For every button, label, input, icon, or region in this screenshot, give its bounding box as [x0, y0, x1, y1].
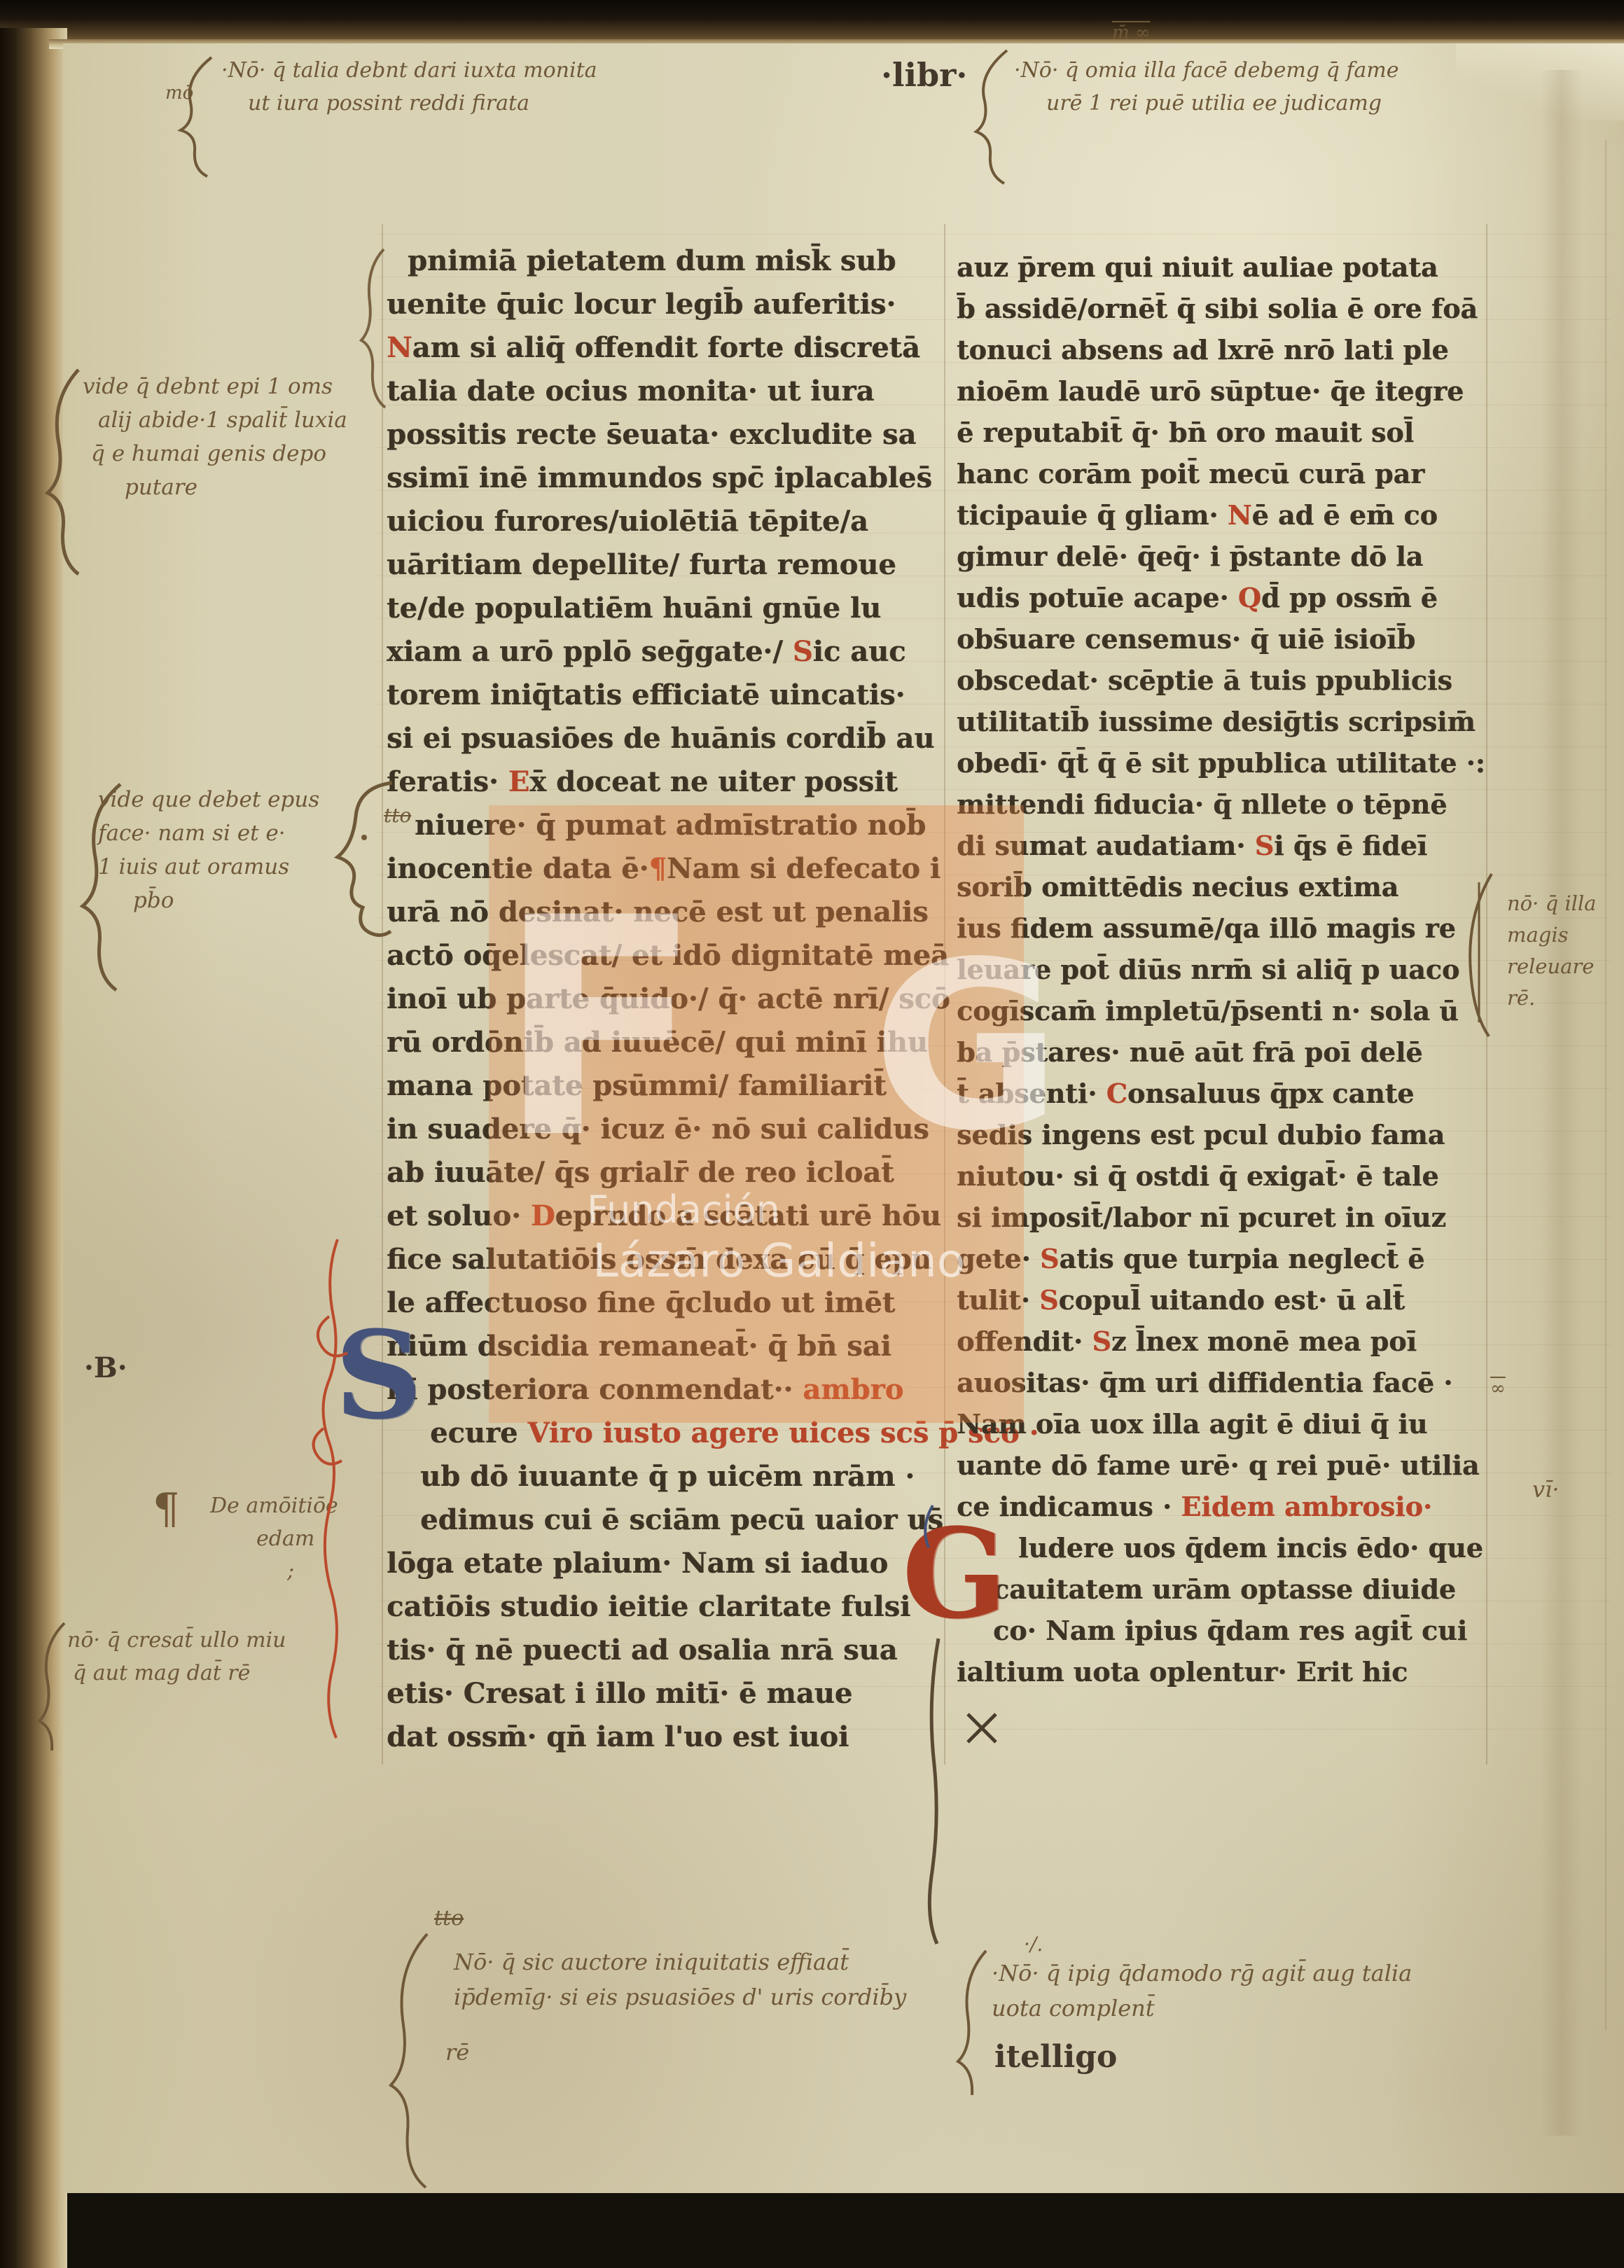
manuscript-line: di sumat audatiam· Si q̄s ē fideī [957, 825, 1489, 866]
ink-text: eprndo a scātati urē hōu [555, 1199, 941, 1232]
note-line: alij abide·1 spalit̄ luxia [83, 403, 347, 437]
ink-text: nī posteriora conmendat·· [387, 1373, 803, 1406]
manuscript-line: ē reputabit̄ q̄· bn̄ oro mauit sol̄ [957, 412, 1489, 453]
manuscript-line: pnimiā pietatem dum misk̄ sub [387, 239, 941, 283]
manuscript-line: et soluo· Deprndo a scātati urē hōu [387, 1195, 941, 1238]
rubric-text: S [1040, 1243, 1059, 1274]
rubric-text: N [387, 331, 412, 364]
margin-red-note: De amōitiōe edam ; [210, 1490, 338, 1588]
manuscript-line: ub dō iuuante q̄ p uicēm nrām · [387, 1455, 941, 1498]
manuscript-line: niuere· q̄ pumat admīstratio nob̄ [387, 804, 941, 847]
manuscript-line: niutou· si q̄ ostdi q̄ exigat̄· ē tale [957, 1155, 1489, 1197]
illuminated-initial-G: G [902, 1512, 1007, 1636]
manuscript-line: xiam a urō pplō seḡgate·/ Sic auc [387, 630, 941, 674]
manuscript-line: obscedat· scēptie ā tuis ppublicis [957, 660, 1489, 701]
ink-text: d̄ pp ossm̄ ē [1261, 582, 1438, 613]
ink-text: atis que turpia neglect̄ ē [1059, 1243, 1424, 1274]
manuscript-line: ce indicamus · Eidem ambrosio· [957, 1486, 1489, 1527]
note-line: nō· q̄ illa [1507, 888, 1596, 919]
manuscript-line: obedī· q̄t̄ q̄ ē sit ppublica utilitate … [957, 742, 1489, 784]
header-left-mark: mō [165, 83, 193, 104]
manuscript-line: rū ordōnib̄ ad iuuēcē/ qui minī ihu [387, 1021, 941, 1064]
manuscript-line: dat ossm̄· qn̄ iam l'uo est iuoi [387, 1716, 941, 1759]
note-line: urē 1 rei puē utilia ee judicamg [1014, 88, 1399, 120]
manuscript-line: uiciou furores/uiolētiā tēpite/a [387, 500, 941, 543]
manuscript-line: gete· Satis que turpia neglect̄ ē [957, 1238, 1489, 1279]
manuscript-line: cauitatem urām optasse diuide [957, 1568, 1489, 1610]
rubric-text: N [1228, 499, 1252, 531]
ink-text: tulit· [957, 1284, 1039, 1316]
manuscript-line: auz p̄rem qui niuit auliae potata [957, 246, 1489, 288]
note-line: rē. [1507, 982, 1596, 1014]
ink-text: am si aliq̄ offendit forte discretā [412, 331, 920, 364]
note-line: pb̄o [98, 884, 319, 917]
manuscript-line: urā nō desinat· necē est ut penalis [387, 891, 941, 934]
note-line: vide que debet epus [98, 783, 319, 816]
manuscript-line: inocentie data ē·¶Nam si defecato i [387, 847, 941, 891]
manuscript-line: ludere uos q̄dem incis ēdo· que [957, 1527, 1489, 1568]
manuscript-line: nī posteriora conmendat·· ambro [387, 1368, 941, 1412]
ink-text: x̄ doceat ne uiter possit [529, 765, 898, 798]
note-line: ; [210, 1555, 338, 1588]
manuscript-line: uenite q̄uic locur legib̄ auferitis· [387, 283, 941, 326]
illuminated-initial-S: S [335, 1315, 422, 1435]
ink-text: gete· [957, 1243, 1040, 1274]
manuscript-line: inoī ub parte q̄uido·/ q̄· actē nrī/ scō [387, 978, 941, 1021]
margin-note-episcopus: vide que debet epus face· nam si et e· 1… [98, 783, 319, 917]
manuscript-line: gimur delē· q̄eq̄· i p̄stante dō la [957, 536, 1489, 577]
note-line: releuare [1507, 951, 1596, 982]
manuscript-line: si ei psuasiōes de huānis cordib̄ au [387, 717, 941, 760]
ink-text: t̄ absenti· [957, 1078, 1106, 1109]
ruling-vertical-left [382, 224, 383, 1765]
note-line: edam [210, 1523, 338, 1556]
manuscript-line: actō oq̄elescat/ et idō dignitatē meā [387, 934, 941, 978]
manuscript-line: si imposit̄/labor nī pcuret in oīuz [957, 1197, 1489, 1238]
manuscript-line: possitis recte s̄euata· excludite sa [387, 413, 941, 457]
ink-text: ecure [430, 1417, 527, 1449]
rubric-text: D [531, 1199, 555, 1232]
note-line: q̄ aut mag dat̄ rē [67, 1657, 286, 1690]
rubric-text: S [793, 635, 813, 668]
note-line: ·Nō· q̄ talia debnt dari iuxta monita [221, 55, 597, 88]
footer-left-note: Nō· q̄ sic auctore iniquitatis effiaat̄ … [454, 1945, 906, 2015]
page-edge-line [1605, 140, 1606, 2031]
manuscript-line: t̄ absenti· Consaluus q̄px cante [957, 1073, 1489, 1114]
ink-text: inocentie data ē· [387, 852, 648, 885]
manuscript-line: in suadere q̄· icuz ē· nō sui calidus [387, 1108, 941, 1151]
manuscript-line: ecure Viro iusto agere uices scs̄ p̄ scō… [387, 1412, 941, 1455]
ink-text: copul̄ uitando est· ū alt̄ [1059, 1284, 1405, 1316]
ink-text: ticipauie q̄ gliam· [957, 499, 1228, 531]
book-board-top [0, 0, 1624, 41]
manuscript-line: ticipauie q̄ gliam· Nē ad ē em̄ co [957, 494, 1489, 536]
manuscript-line: catiōis studio ieitie claritate fulsi [387, 1585, 941, 1629]
footer-intelligo-word: itelligo [994, 2039, 1117, 2075]
note-line: ·Nō· q̄ omia illa facē debemg q̄ fame [1014, 55, 1399, 88]
note-line: face· nam si et e· [98, 816, 319, 850]
rubric-text: C [1106, 1078, 1127, 1109]
rubric-text: S [1039, 1284, 1058, 1316]
manuscript-line: tis· q̄ nē puecti ad osalia nrā sua [387, 1629, 941, 1672]
manuscript-line: tonuci absens ad lxrē nrō lati ple [957, 329, 1489, 370]
manuscript-line: ius fidem assumē/qa illō magis re [957, 907, 1489, 949]
ink-text: onsaluus q̄px cante [1127, 1078, 1414, 1109]
ink-text: ē ad ē em̄ co [1252, 499, 1438, 531]
rubric-text: ¶ [648, 852, 666, 885]
manuscript-line: obs̄uare censemus· q̄ uiē isioīb̄ [957, 618, 1489, 660]
rubric-text: Q [1238, 582, 1261, 613]
manuscript-line: co· Nam ipius q̄dam res agit̄ cui [957, 1610, 1489, 1651]
manuscript-line: mana potate psūmmi/ familiarit̄ [387, 1064, 941, 1108]
footer-left-tail: rē [445, 2039, 469, 2066]
rubric-text: Eidem ambrosio· [1181, 1491, 1432, 1522]
manuscript-line: offendit· Sz l̄nex monē mea poī [957, 1321, 1489, 1362]
header-right-mark: m̄ ∞ [1112, 22, 1151, 43]
footer-right-mark: ·/. [1024, 1933, 1043, 1956]
manuscript-line: ba p̄stares· nuē aūt frā poī delē [957, 1031, 1489, 1073]
manuscript-line: feratis· Ex̄ doceat ne uiter possit [387, 760, 941, 804]
note-line: magis [1507, 919, 1596, 951]
note-line: putare [83, 471, 347, 504]
note-line: uota complent̄ [992, 1991, 1412, 2026]
rubric-text: E [508, 765, 530, 798]
manuscript-line: Nam oīa uox illa agit ē diui q̄ iu [957, 1403, 1489, 1445]
manuscript-line: edimus cui ē sciām pecū uaior us̄ [387, 1498, 941, 1542]
manuscript-line: sedis ingens est pcul dubio fama [957, 1114, 1489, 1155]
ink-text: ic auc [813, 635, 906, 668]
text-column-right: auz p̄rem qui niuit auliae potatab̄ assi… [957, 246, 1489, 1692]
note-line: vide q̄ debnt epi 1 oms [83, 370, 347, 403]
running-title: ·libr· [881, 56, 967, 94]
margin-vi-mark: vī· [1532, 1476, 1559, 1503]
manuscript-line: le affectuoso fine q̄cludo ut imēt [387, 1281, 941, 1325]
manuscript-line: fice salutatiōis ossm̄ dexa cū q̄ epu [387, 1238, 941, 1281]
margin-note-releuare: nō· q̄ illa magis releuare rē. [1507, 888, 1596, 1014]
footer-right-note: ·Nō· q̄ ipig q̄damodo rḡ agit̄ aug talia… [992, 1956, 1412, 2026]
page-corner-fold [1456, 43, 1624, 120]
note-line: nō· q̄ cresat̄ ullo miu [67, 1625, 286, 1657]
manuscript-line: ialtium uota oplentur· Erit hic [957, 1651, 1489, 1692]
ink-text: offendit· [957, 1326, 1092, 1357]
red-pilcrow-icon: ¶ [153, 1484, 179, 1533]
rubric-text: S [1092, 1326, 1111, 1357]
rubric-text: S [1255, 830, 1274, 861]
manuscript-line: nioēm laudē urō sūptue· q̄e itegre [957, 370, 1489, 412]
ink-text: Nam si defecato i [667, 852, 941, 885]
manuscript-line: leuare pot̄ diūs nrm̄ si aliq̄ p uaco [957, 949, 1489, 990]
manuscript-line: uante dō fame urē· q rei puē· utilia [957, 1445, 1489, 1486]
manuscript-line: ssimī inē immundos spc̄ iplacables̄ [387, 457, 941, 500]
manuscript-line: te/de populatiēm huāni gnūe lu [387, 587, 941, 630]
ink-text: z l̄nex monē mea poī [1111, 1326, 1417, 1357]
header-left-note: ·Nō· q̄ talia debnt dari iuxta monita ut… [221, 55, 597, 120]
ink-text: i q̄s ē fideī [1274, 830, 1427, 861]
ink-text: udis potuīe acape· [957, 582, 1238, 613]
note-line: ip̄demīg· si eis psuasiōes d' uris cordi… [454, 1980, 906, 2015]
margin-b-mark: ·B· [84, 1351, 127, 1384]
margin-infinity-mark: ∞ [1490, 1378, 1506, 1399]
margin-note-episcopi: vide q̄ debnt epi 1 oms alij abide·1 spa… [83, 370, 347, 504]
rubric-text: ambro [803, 1373, 903, 1406]
manuscript-line: Nam si aliq̄ offendit forte discretā [387, 326, 941, 370]
manuscript-line: mittendi fiducia· q̄ nllete o tēpnē [957, 784, 1489, 825]
ink-text: di sumat audatiam· [957, 830, 1255, 861]
note-line: ·Nō· q̄ ipig q̄damodo rḡ agit̄ aug talia [992, 1956, 1412, 1991]
ink-text: feratis· [387, 765, 508, 798]
note-line: Nō· q̄ sic auctore iniquitatis effiaat̄ [454, 1945, 906, 1980]
ink-text: et soluo· [387, 1199, 531, 1232]
text-column-left: pnimiā pietatem dum misk̄ subuenite q̄ui… [387, 239, 941, 1759]
manuscript-line: b̄ assidē/ornēt̄ q̄ sibi solia ē ore foā [957, 288, 1489, 329]
manuscript-line: etis· Cresat i illo mitī· ē maue [387, 1672, 941, 1716]
manuscript-line: talia date ocius monita· ut iura [387, 370, 941, 413]
manuscript-line: uāritiam depellite/ furta remoue [387, 543, 941, 587]
manuscript-line: lōga etate plaium· Nam si iaduo [387, 1542, 941, 1585]
manuscript-line: cogīscam̄ impletū/p̄senti n· sola ū [957, 990, 1489, 1031]
manuscript-line: auositas· q̄m uri diffidentia facē · [957, 1362, 1489, 1403]
margin-lower-note: nō· q̄ cresat̄ ullo miu q̄ aut mag dat̄ … [67, 1625, 286, 1690]
manuscript-line: tulit· Scopul̄ uitando est· ū alt̄ [957, 1279, 1489, 1321]
book-spine-left [0, 28, 67, 2268]
note-line: 1 iuis aut oramus [98, 850, 319, 884]
manuscript-line: niūm dscidia remaneat̄· q̄ bn̄ sai [387, 1325, 941, 1368]
manuscript-line: utilitatib̄ iussime desiḡtis scripsim̄ [957, 701, 1489, 742]
header-right-note: ·Nō· q̄ omia illa facē debemg q̄ fame ur… [1014, 55, 1399, 120]
note-line: q̄ e humai genis depo [83, 437, 347, 471]
ink-text: xiam a urō pplō seḡgate·/ [387, 635, 793, 668]
manuscript-photo: { "header": { "left_mark": "mō", "left_n… [0, 0, 1624, 2268]
footer-left-mark: tto [434, 1906, 464, 1930]
manuscript-line: udis potuīe acape· Qd̄ pp ossm̄ ē [957, 577, 1489, 618]
manuscript-line: hanc corām poit̄ mecū curā par [957, 453, 1489, 494]
manuscript-line: sorib̄ omittēdis necius extima [957, 866, 1489, 907]
manuscript-line: ab iuuāte/ q̄s grialr̄ de reo icloat̄ [387, 1151, 941, 1195]
note-line: ut iura possint reddi firata [221, 88, 597, 120]
manuscript-line: torem iniq̄tatis efficiatē uincatis· [387, 674, 941, 717]
note-line: De amōitiōe [210, 1490, 338, 1523]
